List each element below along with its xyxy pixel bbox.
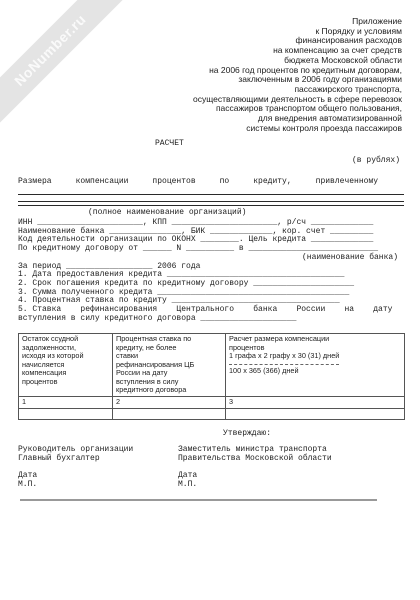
document-body: РАСЧЕТ (в рублях) Размера компенсации пр… xyxy=(18,139,404,490)
page-title: РАСЧЕТ xyxy=(18,139,404,148)
signature-line: Дата xyxy=(18,472,178,481)
fraction-bar xyxy=(229,364,339,365)
col3-formula-denominator: 100 x 365 (366) дней xyxy=(229,367,401,376)
appendix-header-line: системы контроля проезда пассажиров xyxy=(193,124,402,134)
column-number-1: 1 xyxy=(19,396,113,408)
col2-header-text: Процентная ставка по кредиту, не более с… xyxy=(116,335,222,395)
column-number-2: 2 xyxy=(113,396,226,408)
signature-right-column: Заместитель министра транспортаПравитель… xyxy=(178,446,404,490)
org-name-caption: (полное наименование организаций) xyxy=(18,208,404,217)
signature-line: Главный бухгалтер xyxy=(18,455,178,464)
calc-table-number-row: 1 2 3 xyxy=(19,396,405,408)
calc-table-col2-header-cell: Процентная ставка по кредиту, не более с… xyxy=(113,334,226,397)
signature-line: М.П. xyxy=(178,481,404,490)
approval-label: Утверждаю: xyxy=(18,429,404,438)
calc-table-col3-header-cell: Расчет размера компенсации процентов 1 г… xyxy=(226,334,405,397)
calc-table: Остаток ссудной задолженности, исходя из… xyxy=(18,333,405,420)
empty-cell-2 xyxy=(113,408,226,419)
col3-formula-numerator: Расчет размера компенсации процентов 1 г… xyxy=(229,335,401,361)
signature-line xyxy=(18,464,178,473)
signature-line: Дата xyxy=(178,472,404,481)
signature-left-column: Руководитель организацииГлавный бухгалте… xyxy=(18,446,178,490)
empty-cell-3 xyxy=(226,408,405,419)
column-number-3: 3 xyxy=(226,396,405,408)
appendix-header: Приложениек Порядку и условиямфинансиров… xyxy=(193,17,402,133)
document-page: NoNumber.ru Приложениек Порядку и услови… xyxy=(0,0,420,600)
subject-line: Размера компенсации процентов по кредиту… xyxy=(18,177,404,186)
empty-cell-1 xyxy=(19,408,113,419)
calc-table-empty-row xyxy=(19,408,405,419)
form-fields: ИНН ______________________, КПП ________… xyxy=(18,219,404,323)
signature-line: Правительства Московской области xyxy=(178,455,404,464)
fill-in-rule-2 xyxy=(18,201,404,202)
calc-table-header-row: Остаток ссудной задолженности, исходя из… xyxy=(19,334,405,397)
signature-line xyxy=(178,464,404,473)
form-field-line: вступления в силу кредитного договора __… xyxy=(18,315,404,324)
currency-note: (в рублях) xyxy=(18,156,404,165)
col1-header-text: Остаток ссудной задолженности, исходя из… xyxy=(22,335,109,386)
footer-divider xyxy=(20,499,377,501)
watermark-ribbon: NoNumber.ru xyxy=(0,0,133,133)
watermark-text: NoNumber.ru xyxy=(11,11,89,89)
fill-in-rule-3 xyxy=(18,205,404,206)
signature-block: Руководитель организацииГлавный бухгалте… xyxy=(18,446,404,490)
calc-table-col1-header-cell: Остаток ссудной задолженности, исходя из… xyxy=(19,334,113,397)
fill-in-rule-1 xyxy=(18,194,404,195)
signature-line: М.П. xyxy=(18,481,178,490)
